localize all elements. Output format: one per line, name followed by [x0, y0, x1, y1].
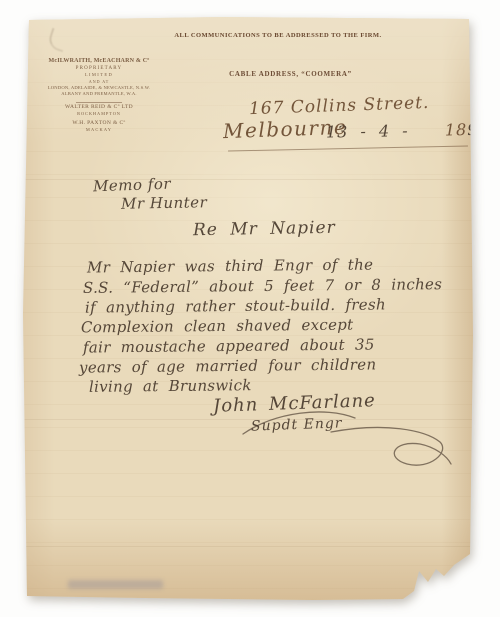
- body-line-3: if anything rather stout-build. fresh: [85, 295, 386, 316]
- scanned-letter-scene: ALL COMMUNICATIONS TO BE ADDRESSED TO TH…: [0, 0, 500, 617]
- date-day-month: 13 - 4 -: [326, 121, 409, 141]
- cable-address: CABLE ADDRESS, “COOMERA”: [173, 70, 408, 78]
- agent-rockhampton: ROCKHAMPTON: [35, 112, 163, 116]
- pencil-mark: [46, 28, 68, 52]
- year-printed-prefix: 18: [445, 120, 468, 139]
- dateline-date: 13 - 4 - 18901: [326, 119, 500, 141]
- body-line-2: S.S. “Federal” about 5 feet 7 or 8 inche…: [83, 275, 442, 297]
- firm-proprietary: PROPRIETARY: [35, 66, 163, 71]
- memo-line-1: Memo for: [93, 175, 172, 196]
- firm-limited: LIMITED: [35, 73, 163, 78]
- dateline-rule: [228, 145, 468, 151]
- signature-flourish: [235, 404, 455, 479]
- letter-paper: ALL COMMUNICATIONS TO BE ADDRESSED TO TH…: [23, 14, 473, 600]
- firm-and-at: AND AT: [35, 80, 163, 84]
- firm-branches-2: ALBANY AND FREMANTLE, W.A.: [35, 92, 163, 97]
- paper-crease: [23, 179, 473, 180]
- letterhead-notice: ALL COMMUNICATIONS TO BE ADDRESSED TO TH…: [153, 32, 403, 39]
- agent-paxton: W.H. PAXTON & Cº: [35, 121, 163, 127]
- memo-subject: Re Mr Napier: [193, 218, 336, 240]
- agent-mackay: MACKAY: [35, 128, 163, 132]
- firm-branches-1: LONDON, ADELAIDE, & NEWCASTLE, N.S.W.: [35, 86, 163, 91]
- body-line-4: Complexion clean shaved except: [81, 316, 354, 337]
- body-line-7: living at Brunswick: [89, 376, 252, 396]
- paper-crease: [23, 546, 473, 547]
- firm-name: McILWRAITH, McEACHARN & Cº: [35, 58, 163, 64]
- firm-divider: [76, 102, 122, 103]
- letterhead-firm-block: McILWRAITH, McEACHARN & Cº PROPRIETARY L…: [35, 58, 163, 135]
- year-handwritten: 901: [467, 119, 500, 139]
- faint-stamp: [68, 580, 163, 589]
- agent-walter-reid: WALTER REID & Cº LTD: [35, 105, 163, 111]
- paper-shadow-wrap: ALL COMMUNICATIONS TO BE ADDRESSED TO TH…: [0, 0, 500, 617]
- body-line-1: Mr Napier was third Engr of the: [87, 256, 373, 277]
- body-line-5: fair moustache appeared about 35: [83, 335, 375, 356]
- memo-line-2: Mr Hunter: [121, 193, 208, 213]
- body-line-6: years of age married four children: [79, 355, 377, 376]
